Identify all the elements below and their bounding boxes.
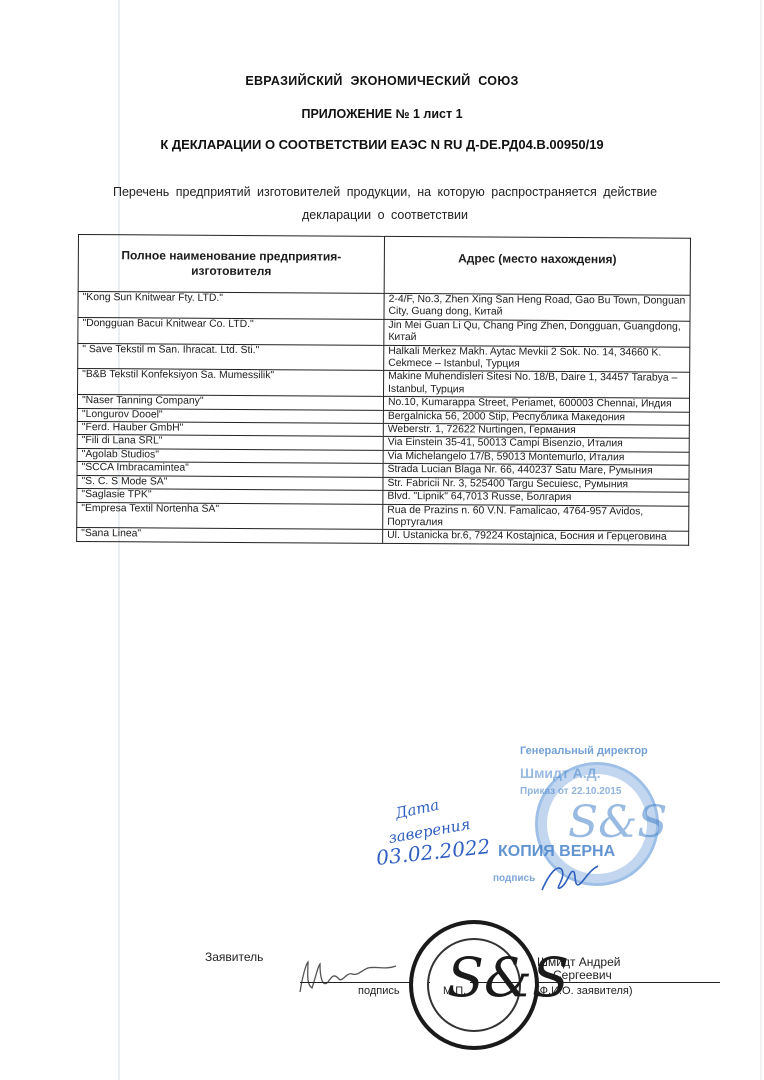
manufacturer-name: "Naser Tanning Company" — [77, 395, 383, 410]
manufacturer-name: "SCCA Imbracamintea" — [77, 462, 383, 477]
seal-monogram: S&S — [447, 946, 569, 1009]
table-row: "Kong Sun Knitwear Fty. LTD."2-4/F, No.3… — [78, 292, 690, 322]
manufacturer-address: Jin Mei Guan Li Qu, Chang Ping Zhen, Don… — [384, 319, 690, 347]
manufacturer-address: Makine Muhendisleri Sitesi No. 18/B, Dai… — [384, 371, 690, 399]
table-row: "Sana Linea"Ul. Ustanicka br.6, 79224 Ko… — [77, 528, 689, 545]
table-row: "Dongguan Bacui Knitwear Co. LTD."Jin Me… — [78, 317, 690, 347]
table-header-row: Полное наименование предприятия-изготови… — [78, 235, 690, 296]
signature-caption: подпись — [358, 985, 400, 997]
company-seal-black: S&S — [409, 920, 539, 1050]
manufacturer-address: Halkali Merkez Makh. Aytac Mevkii 2 Sok.… — [384, 345, 690, 373]
intro-line-2: декларации о соответствии — [100, 204, 670, 227]
stamp-monogram: S&S — [568, 797, 667, 848]
table-row: "Empresa Textil Nortenha SA"Rua de Prazi… — [77, 502, 689, 532]
manufacturer-name: "Saglasie TPK" — [77, 489, 383, 504]
certified-signature-label: подпись — [493, 873, 535, 884]
manufacturer-address: No.10, Kumarappa Street, Periamet, 60000… — [383, 397, 689, 412]
appendix-title: ПРИЛОЖЕНИЕ № 1 лист 1 — [0, 107, 764, 121]
certifier-signature — [540, 862, 600, 892]
applicant-label: Заявитель — [205, 950, 263, 964]
copy-certified-stamp: КОПИЯ ВЕРНА — [498, 843, 615, 861]
manufacturers-table: Полное наименование предприятия-изготови… — [76, 234, 691, 545]
declaration-title: К ДЕКЛАРАЦИИ О СООТВЕТСТВИИ ЕАЭС N RU Д-… — [0, 137, 764, 152]
manufacturer-name: "Longurov Dooel" — [77, 408, 383, 423]
header-address: Адрес (место нахождения) — [384, 236, 690, 295]
union-title: ЕВРАЗИЙСКИЙ ЭКОНОМИЧЕСКИЙ СОЮЗ — [0, 74, 764, 88]
manufacturer-address: Weberstr. 1, 72622 Nurtingen, Германия — [383, 423, 689, 438]
manufacturer-name: " Save Tekstil m San. Ihracat. Ltd. Sti.… — [78, 343, 384, 371]
manufacturer-name: "Agolab Studios" — [77, 448, 383, 463]
manufacturer-name: "Kong Sun Knitwear Fty. LTD." — [78, 292, 384, 320]
manufacturer-address: Ul. Ustanicka br.6, 79224 Kostajnica, Бо… — [383, 530, 689, 545]
manufacturer-name: "Empresa Textil Nortenha SA" — [77, 502, 383, 530]
manufacturer-name: "Dongguan Bacui Knitwear Co. LTD." — [78, 317, 384, 345]
manufacturer-address: Via Michelangelo 17/B, 59013 Montemurlo,… — [383, 450, 689, 465]
manufacturer-address: 2-4/F, No.3, Zhen Xing San Heng Road, Ga… — [384, 293, 690, 321]
intro-line-1: Перечень предприятий изготовителей проду… — [100, 181, 670, 204]
manufacturer-address: Strada Lucian Blaga Nr. 66, 440237 Satu … — [383, 464, 689, 479]
table-row: " Save Tekstil m San. Ihracat. Ltd. Sti.… — [78, 343, 690, 373]
handwritten-date-label: Дата — [394, 796, 441, 823]
manufacturer-address: Via Einstein 35-41, 50013 Campi Bisenzio… — [383, 437, 689, 452]
manufacturer-address: Rua de Prazins n. 60 V.N. Famalicao, 476… — [383, 504, 689, 532]
manufacturer-name: "S. C. S Mode SA" — [77, 475, 383, 490]
name-caption: (Ф.И.О. заявителя) — [536, 985, 633, 997]
manufacturer-address: Str. Fabricii Nr. 3, 525400 Targu Secuie… — [383, 477, 689, 492]
manufacturer-name: "Sana Linea" — [77, 528, 383, 543]
scan-page-edge-right — [760, 0, 762, 1080]
manufacturer-address: Bergalnicka 56, 2000 Stip, Республика Ма… — [383, 410, 689, 425]
table-row: "B&B Tekstil Konfeksiyon Sa. Mumessilik"… — [78, 369, 690, 399]
manufacturer-name: "Fili di Lana SRL" — [77, 435, 383, 450]
header-name: Полное наименование предприятия-изготови… — [78, 235, 384, 294]
manufacturer-name: "B&B Tekstil Konfeksiyon Sa. Mumessilik" — [78, 369, 384, 397]
manufacturer-address: Blvd. "Lipnik" 64,7013 Russe, Болгария — [383, 490, 689, 505]
director-position: Генеральный директор — [520, 745, 648, 757]
manufacturer-name: "Ferd. Hauber GmbH" — [77, 422, 383, 437]
